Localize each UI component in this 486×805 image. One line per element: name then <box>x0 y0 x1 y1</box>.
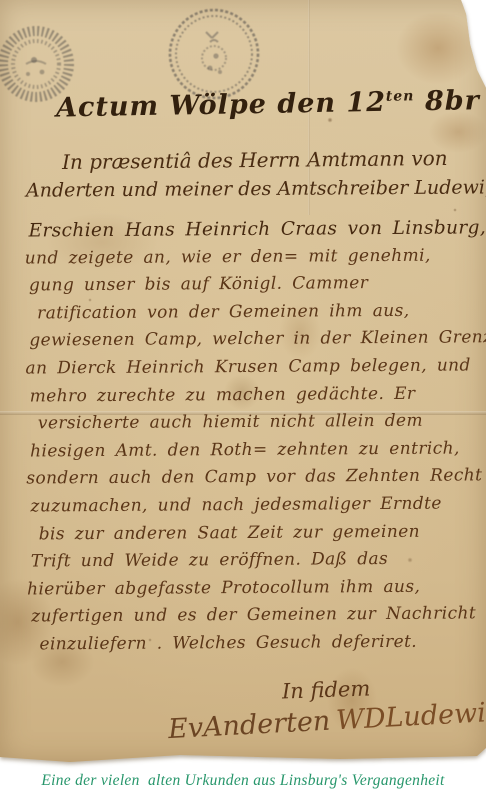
in-fidem-closing: In fidem <box>282 676 371 703</box>
manuscript-body: Erschien Hans Heinrich Craas von Linsbur… <box>0 214 486 659</box>
manuscript-line: Erschien Hans Heinrich Craas von Linsbur… <box>28 214 478 245</box>
dateline-text: Actum Wölpe den 12 <box>56 87 386 124</box>
manuscript-line: zufertigen und es der Gemeinen zur Nachr… <box>31 601 481 632</box>
manuscript-line: bis zur anderen Saat Zeit zur gemeinen <box>39 518 481 549</box>
manuscript-line: an Dierck Heinrich Krusen Camp belegen, … <box>25 352 479 383</box>
presence-line-2: Anderten und meiner des Amtschreiber Lud… <box>26 176 486 201</box>
photo-caption: Eine der vielen alten Urkunden aus Linsb… <box>0 772 486 790</box>
dateline-heading: Actum Wölpe den 12ten 8br 1743. <box>56 83 486 123</box>
manuscript-line: gewiesenen Camp, welcher in der Kleinen … <box>29 325 479 356</box>
dateline-ordinal-suffix: ten <box>386 88 415 104</box>
signature-ludewig: WDLudewig <box>335 697 486 737</box>
dateline-year: 8br 1743. <box>414 83 486 117</box>
manuscript-line: hierüber abgefasste Protocollum ihm aus, <box>27 573 481 604</box>
manuscript-line: Trift und Weide zu eröffnen. Daß das <box>31 545 481 576</box>
manuscript-line: gung unser bis auf Königl. Cammer <box>29 270 479 301</box>
signature-anderten: EvAnderten <box>167 706 331 745</box>
manuscript-line: zuzumachen, und nach jedesmaliger Erndte <box>30 490 480 521</box>
aged-paper-sheet: Actum Wölpe den 12ten 8br 1743. In præse… <box>0 0 486 763</box>
manuscript-line: versicherte auch hiemit nicht allein dem <box>38 408 480 439</box>
manuscript-line: hiesigen Amt. den Roth= zehnten zu entri… <box>30 435 480 466</box>
document-photo: Actum Wölpe den 12ten 8br 1743. In præse… <box>0 0 486 766</box>
manuscript-line: und zeigete an, wie er den= mit genehmi, <box>25 242 479 273</box>
presence-line-1: In præsentiâ des Herrn Amtmann von <box>62 146 448 174</box>
manuscript-line: einzuliefern . Welches Gesuch deferiret. <box>39 628 481 659</box>
signature-row: EvAndertenWDLudewig <box>167 698 478 745</box>
manuscript-line: sondern auch den Camp vor das Zehnten Re… <box>26 463 480 494</box>
manuscript-line: mehro zurechte zu machen gedächte. Er <box>30 380 480 411</box>
manuscript-line: ratification von der Gemeinen ihm aus, <box>37 297 479 328</box>
